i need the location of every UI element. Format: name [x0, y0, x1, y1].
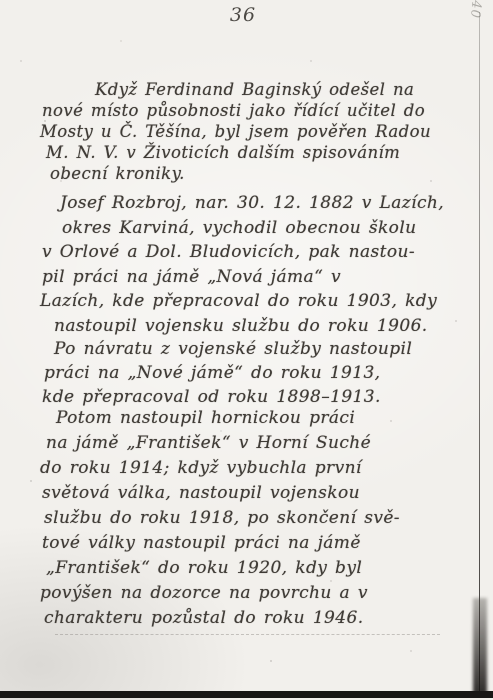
- text-line: světová válka, nastoupil vojenskou: [42, 481, 458, 506]
- text-line: na jámě „František“ v Horní Suché: [46, 431, 458, 456]
- text-line: „František“ do roku 1920, kdy byl: [46, 556, 458, 581]
- text-line: pil práci na jámě „Nová jáma“ v: [42, 265, 458, 290]
- paragraph-frantisek: Potom nastoupil hornickou práci na jámě …: [38, 406, 458, 631]
- text-line: povýšen na dozorce na povrchu a v: [40, 581, 458, 606]
- text-line: Lazích, kde přepracoval do roku 1903, kd…: [40, 289, 458, 314]
- text-line: v Orlové a Dol. Bludovicích, pak nastou-: [42, 240, 458, 265]
- paragraph-intro: Když Ferdinand Baginský odešel na nové m…: [38, 79, 458, 184]
- paragraph-josef-rozbroj: Josef Rozbroj, nar. 30. 12. 1882 v Lazíc…: [38, 191, 458, 338]
- scan-edge-right-line: [479, 12, 481, 694]
- scan-smudge-bottom-right: [473, 598, 487, 694]
- text-line: do roku 1914; když vybuchla první: [40, 456, 458, 481]
- text-line: okres Karviná, vychodil obecnou školu: [62, 216, 458, 241]
- faint-scan-rule: [55, 634, 440, 635]
- text-line: Potom nastoupil hornickou práci: [56, 406, 458, 431]
- text-line: M. N. V. v Životicích dalším spisováním: [46, 142, 458, 163]
- text-line: charakteru pozůstal do roku 1946.: [44, 606, 458, 631]
- text-line: tové války nastoupil práci na jámě: [42, 531, 458, 556]
- text-line: Po návratu z vojenské služby nastoupil: [54, 337, 458, 361]
- corner-pencil-mark: 40: [467, 0, 484, 19]
- text-line: Mosty u Č. Těšína, byl jsem pověřen Rado…: [40, 121, 458, 142]
- text-line: nastoupil vojensku službu do roku 1906.: [54, 314, 458, 339]
- text-line: obecní kroniky.: [50, 163, 458, 184]
- text-line: Když Ferdinand Baginský odešel na: [95, 79, 458, 100]
- scanned-chronicle-page: 36 40 Když Ferdinand Baginský odešel na …: [0, 0, 493, 700]
- text-line: práci na „Nové jámě“ do roku 1913,: [44, 361, 458, 385]
- text-line: službu do roku 1918, po skončení svě-: [44, 506, 458, 531]
- text-line: Josef Rozbroj, nar. 30. 12. 1882 v Lazíc…: [60, 191, 458, 216]
- paper-noise-speckles: [0, 0, 2, 2]
- page-number: 36: [218, 4, 268, 26]
- paragraph-navrat: Po návratu z vojenské služby nastoupil p…: [38, 337, 458, 409]
- text-line: nové místo působnosti jako řídící učitel…: [42, 100, 458, 121]
- scan-edge-bottom-band: [0, 691, 493, 698]
